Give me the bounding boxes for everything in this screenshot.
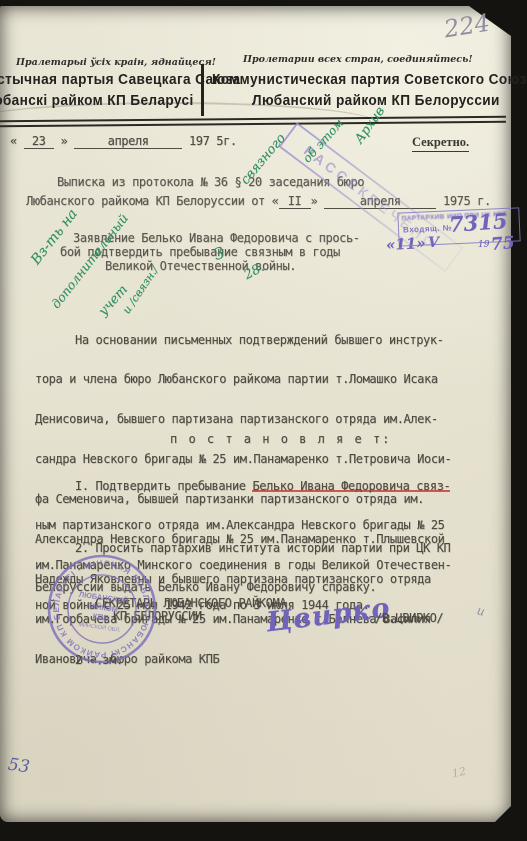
dateline: « 23 » апреля 197 5г. [10, 135, 237, 149]
letterhead-org2-left: юбанскі райком КП Беларусі [0, 93, 194, 109]
signature-typed-name: /В.ЦВИРКО/ [375, 612, 443, 625]
margin-mark-bottom-left: 53 [7, 755, 31, 778]
dateline-day: 23 [24, 135, 54, 149]
green-annotation-7: Архив [352, 104, 388, 147]
scan-background: 224 Пралетарыі ўсіх краін, яднайцеся! Пр… [0, 0, 527, 841]
document-page: 224 Пралетарыі ўсіх краін, яднайцеся! Пр… [0, 6, 511, 822]
page-corner-nick [495, 806, 511, 822]
registration-year-printed: 19 [478, 240, 489, 250]
registration-number-handwritten: 7315 [448, 208, 508, 237]
excerpt-close-quote: » [311, 194, 318, 208]
excerpt-line1: Выписка из протокола № 36 § 20 заседания… [57, 176, 364, 189]
round-stamp-center3: КПБ [92, 612, 110, 623]
letterhead-divider [201, 64, 204, 116]
dateline-year: 197 [189, 134, 209, 148]
subject-line3: Великой Отечественной войны. [105, 260, 296, 273]
point1-line1: I. Подтвердить пребывание Белько Ивана Ф… [35, 480, 451, 493]
dateline-year-digit: 5г. [216, 134, 236, 148]
page-number-pencil: 224 [442, 9, 492, 44]
letterhead-slogan-right: Пролетарии всех стран, соединяйтесь! [243, 54, 473, 65]
excerpt-line2: Любанского райкома КП Белоруссии от «II»… [26, 195, 491, 209]
margin-mark-bottom-right: 12 [451, 765, 467, 781]
pencil-tick: и [475, 603, 486, 619]
round-stamp-center4: МИНСКОЙ ОБЛ. [78, 620, 122, 634]
copies-note: 2 - зм. [75, 654, 123, 667]
excerpt-day: II [279, 195, 311, 209]
excerpt-line2-prefix: Любанского райкома КП Белоруссии от « [26, 194, 279, 208]
excerpt-year: 1975 г. [443, 194, 491, 208]
secrecy-label: Секретно. [412, 135, 469, 152]
point1-line1-underlined-name: Белько Ивана Федоровича связ- [252, 479, 450, 493]
dateline-close-quote: » [60, 134, 67, 148]
letterhead-slogan-left: Пралетарыі ўсіх краін, яднайцеся! [16, 57, 216, 68]
dateline-month: апреля [74, 135, 182, 149]
point1-line1-pre: I. Подтвердить пребывание [75, 479, 252, 493]
paragraph-line: тора и члена бюро Любанского райкома пар… [35, 373, 451, 386]
paragraph-line: Денисовича, бывшего партизана партизанск… [35, 413, 451, 426]
letterhead-org1-left: істычная партыя Савецкага Саюза [0, 72, 240, 88]
dateline-open-quote: « [10, 134, 17, 148]
paragraph-line: На основании письменных подтверждений бы… [35, 334, 451, 347]
registration-date-year: 75 [490, 233, 515, 255]
header-rule-bottom [0, 121, 506, 128]
letterhead-org1-right: Коммунистическая партия Советского Союза [212, 72, 527, 88]
resolution-word: п о с т а н о в л я е т: [170, 433, 391, 446]
